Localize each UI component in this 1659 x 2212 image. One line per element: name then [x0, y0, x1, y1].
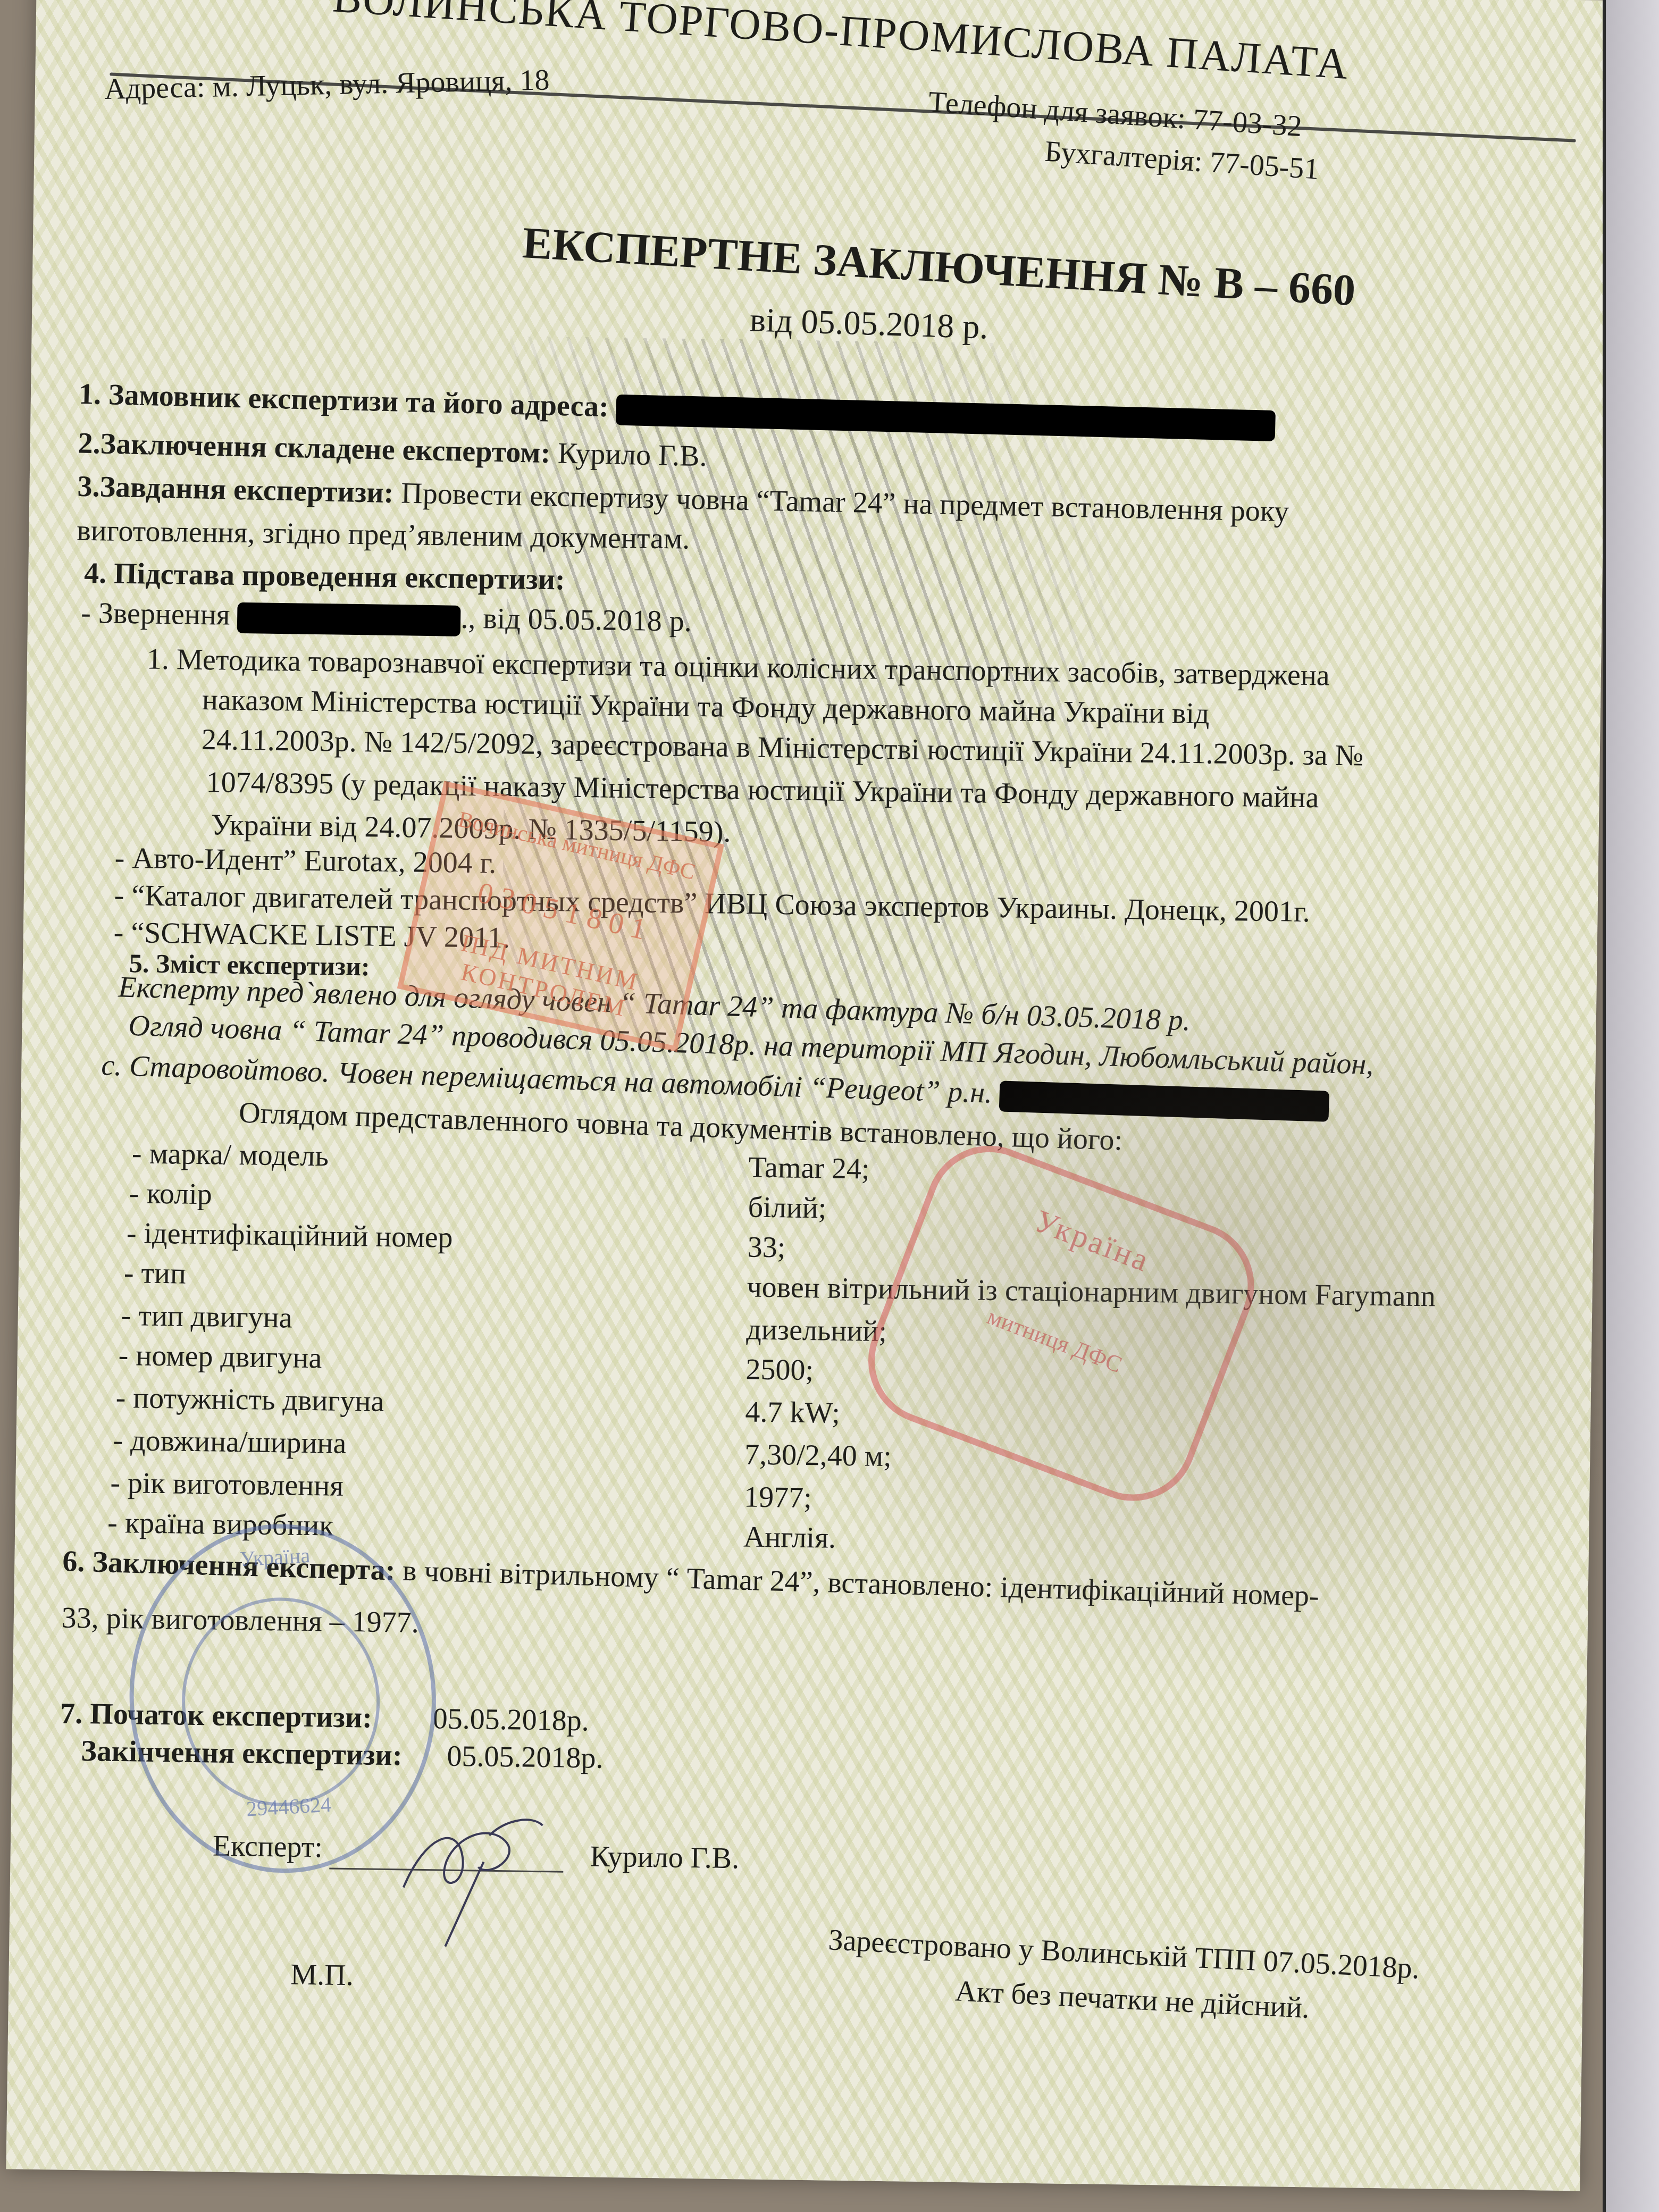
ukraine-stamp-caption: митниця ДФС: [896, 1269, 1214, 1412]
spec-value: 4.7 kW;: [745, 1395, 840, 1430]
request-date: ., від 05.05.2018 р.: [460, 602, 692, 638]
spec-label: - довжина/ширина: [113, 1423, 347, 1461]
seal-place: М.П.: [290, 1958, 354, 1993]
expert-name: Курило Г.В.: [590, 1839, 739, 1875]
registration-note: Зареєстровано у Волинській ТПП 07.05.201…: [827, 1923, 1420, 1985]
ukraine-stamp: Україна митниця ДФС: [850, 1127, 1272, 1519]
spec-value: 2500;: [745, 1352, 814, 1387]
redacted-customer: [616, 395, 1276, 441]
section-6-value: в човні вітрильному “ Tamar 24”, встанов…: [395, 1554, 1319, 1613]
spec-label: - потужність двигуна: [115, 1381, 384, 1419]
section-2: 2.Заключення складене експертом: Курило …: [78, 426, 707, 474]
spec-label: - ідентифікаційний номер: [127, 1216, 453, 1255]
spec-label: - тип: [123, 1256, 186, 1291]
document-date: від 05.05.2018 р.: [749, 300, 989, 347]
seal-inner-ring: [176, 1592, 385, 1811]
background-edge: [1603, 0, 1659, 2212]
section-3-continued: виготовлення, згідно пред’явленим докуме…: [77, 514, 690, 556]
request-prefix: - Звернення: [81, 597, 230, 632]
spec-label: - колір: [129, 1176, 213, 1211]
document-page: ВОЛИНСЬКА ТОРГОВО-ПРОМИСЛОВА ПАЛАТА Адре…: [6, 0, 1610, 2191]
spec-value: Англія.: [743, 1520, 836, 1555]
end-date: 05.05.2018р.: [447, 1740, 604, 1775]
boat-specs-list: - марка/ модельTamar 24;- колірбілий;- і…: [37, 0, 1611, 1]
spec-label: - номер двигуна: [118, 1338, 322, 1375]
spec-value: Tamar 24;: [748, 1150, 870, 1186]
spec-value: 33;: [747, 1230, 785, 1264]
spec-label: - тип двигуна: [121, 1298, 292, 1335]
section-4-request: - Звернення ., від 05.05.2018 р.: [81, 596, 692, 640]
section-2-value: Курило Г.В.: [550, 437, 708, 473]
spec-label: - рік виготовлення: [110, 1466, 343, 1503]
spec-label: - марка/ модель: [132, 1136, 329, 1173]
spec-value: білий;: [748, 1190, 826, 1225]
method-line: 1074/8395 (у редакції наказу Міністерств…: [206, 765, 1319, 815]
method-line: наказом Міністерства юстиції України та …: [202, 683, 1210, 731]
signature-icon: [381, 1802, 554, 1953]
phone-orders: Телефон для заявок: 77-03-32: [927, 85, 1303, 144]
validity-note: Акт без печатки не дійсний.: [954, 1974, 1310, 2025]
section-1-label: 1. Замовник експертизи та його адреса:: [78, 378, 609, 423]
start-date: 05.05.2018р.: [432, 1702, 589, 1737]
ukraine-stamp-title: Україна: [932, 1166, 1253, 1317]
redacted-requester: [237, 602, 461, 636]
section-2-label: 2.Заключення складене експертом:: [78, 427, 551, 470]
seal-title: Україна: [125, 1536, 424, 1578]
spec-value: 7,30/2,40 м;: [744, 1437, 892, 1473]
document-title: ЕКСПЕРТНЕ ЗАКЛЮЧЕННЯ № В – 660: [521, 217, 1357, 316]
organization-address: Адреса: м. Луцьк, вул. Яровиця, 18: [104, 63, 550, 106]
spec-value: дизельний;: [746, 1312, 887, 1348]
section-3-label: 3.Завдання експертизи:: [77, 470, 394, 509]
spec-value: 1977;: [744, 1480, 812, 1515]
section-4-label: 4. Підстава проведення експертизи:: [84, 556, 565, 597]
redacted-plate: [999, 1081, 1330, 1122]
